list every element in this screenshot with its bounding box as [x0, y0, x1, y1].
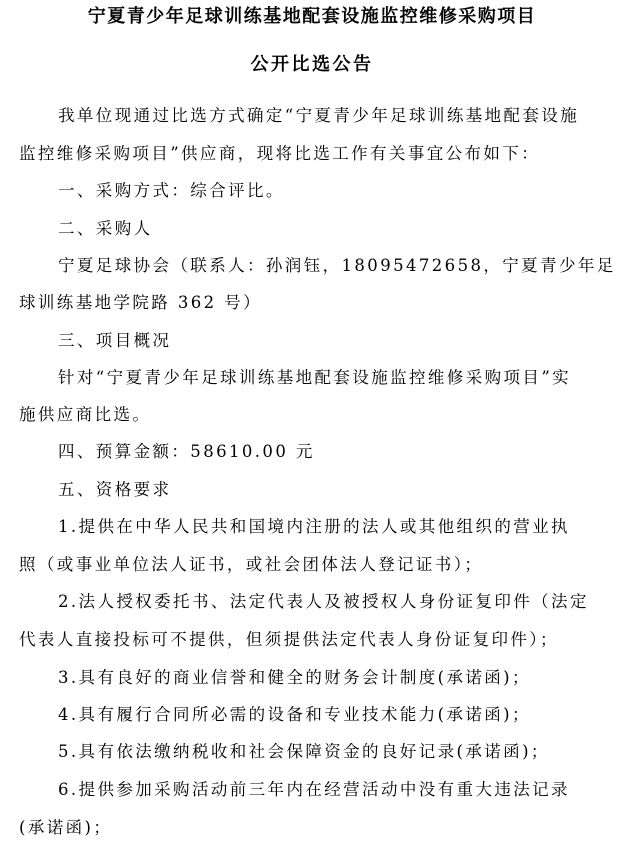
requirement-4: 4.具有履行合同所必需的设备和专业技术能力(承诺函)； [58, 704, 531, 726]
section-4-budget: 四、预算金额：58610.00 元 [58, 441, 315, 463]
purchaser-line-2: 球训练基地学院路 362 号） [19, 292, 262, 314]
requirement-1-line-1: 1.提供在中华人民共和国境内注册的法人或其他组织的营业执 [58, 516, 570, 538]
overview-line-2: 施供应商比选。 [19, 404, 151, 426]
document-subtitle: 公开比选公告 [0, 53, 624, 77]
overview-line-1: 针对“宁夏青少年足球训练基地配套设施监控维修采购项目”实 [58, 367, 571, 389]
section-5-heading: 五、资格要求 [58, 479, 171, 501]
requirement-2-line-2: 代表人直接投标可不提供，但须提供法定代表人身份证复印件）； [19, 629, 559, 651]
requirement-5: 5.具有依法缴纳税收和社会保障资金的良好记录(承诺函)； [58, 741, 550, 763]
intro-line-2: 监控维修采购项目”供应商，现将比选工作有关事宜公布如下： [19, 143, 540, 165]
purchaser-line-1: 宁夏足球协会（联系人：孙润钰，18095472658，宁夏青少年足 [58, 255, 616, 277]
requirement-2-line-1: 2.法人授权委托书、法定代表人及被授权人身份证复印件（法定 [58, 591, 589, 613]
section-3-heading: 三、项目概况 [58, 330, 171, 352]
requirement-3: 3.具有良好的商业信誉和健全的财务会计制度(承诺函)； [58, 667, 531, 689]
section-1-heading: 一、采购方式：综合评比。 [58, 180, 285, 202]
requirement-1-line-2: 照（或事业单位法人证书，或社会团体法人登记证书）； [19, 554, 483, 576]
requirement-6-line-1: 6.提供参加采购活动前三年内在经营活动中没有重大违法记录 [58, 779, 570, 801]
intro-line-1: 我单位现通过比选方式确定“宁夏青少年足球训练基地配套设施 [58, 105, 579, 127]
document-title: 宁夏青少年足球训练基地配套设施监控维修采购项目 [0, 5, 624, 29]
requirement-6-line-2: (承诺函)； [19, 817, 112, 839]
section-2-heading: 二、采购人 [58, 218, 153, 240]
